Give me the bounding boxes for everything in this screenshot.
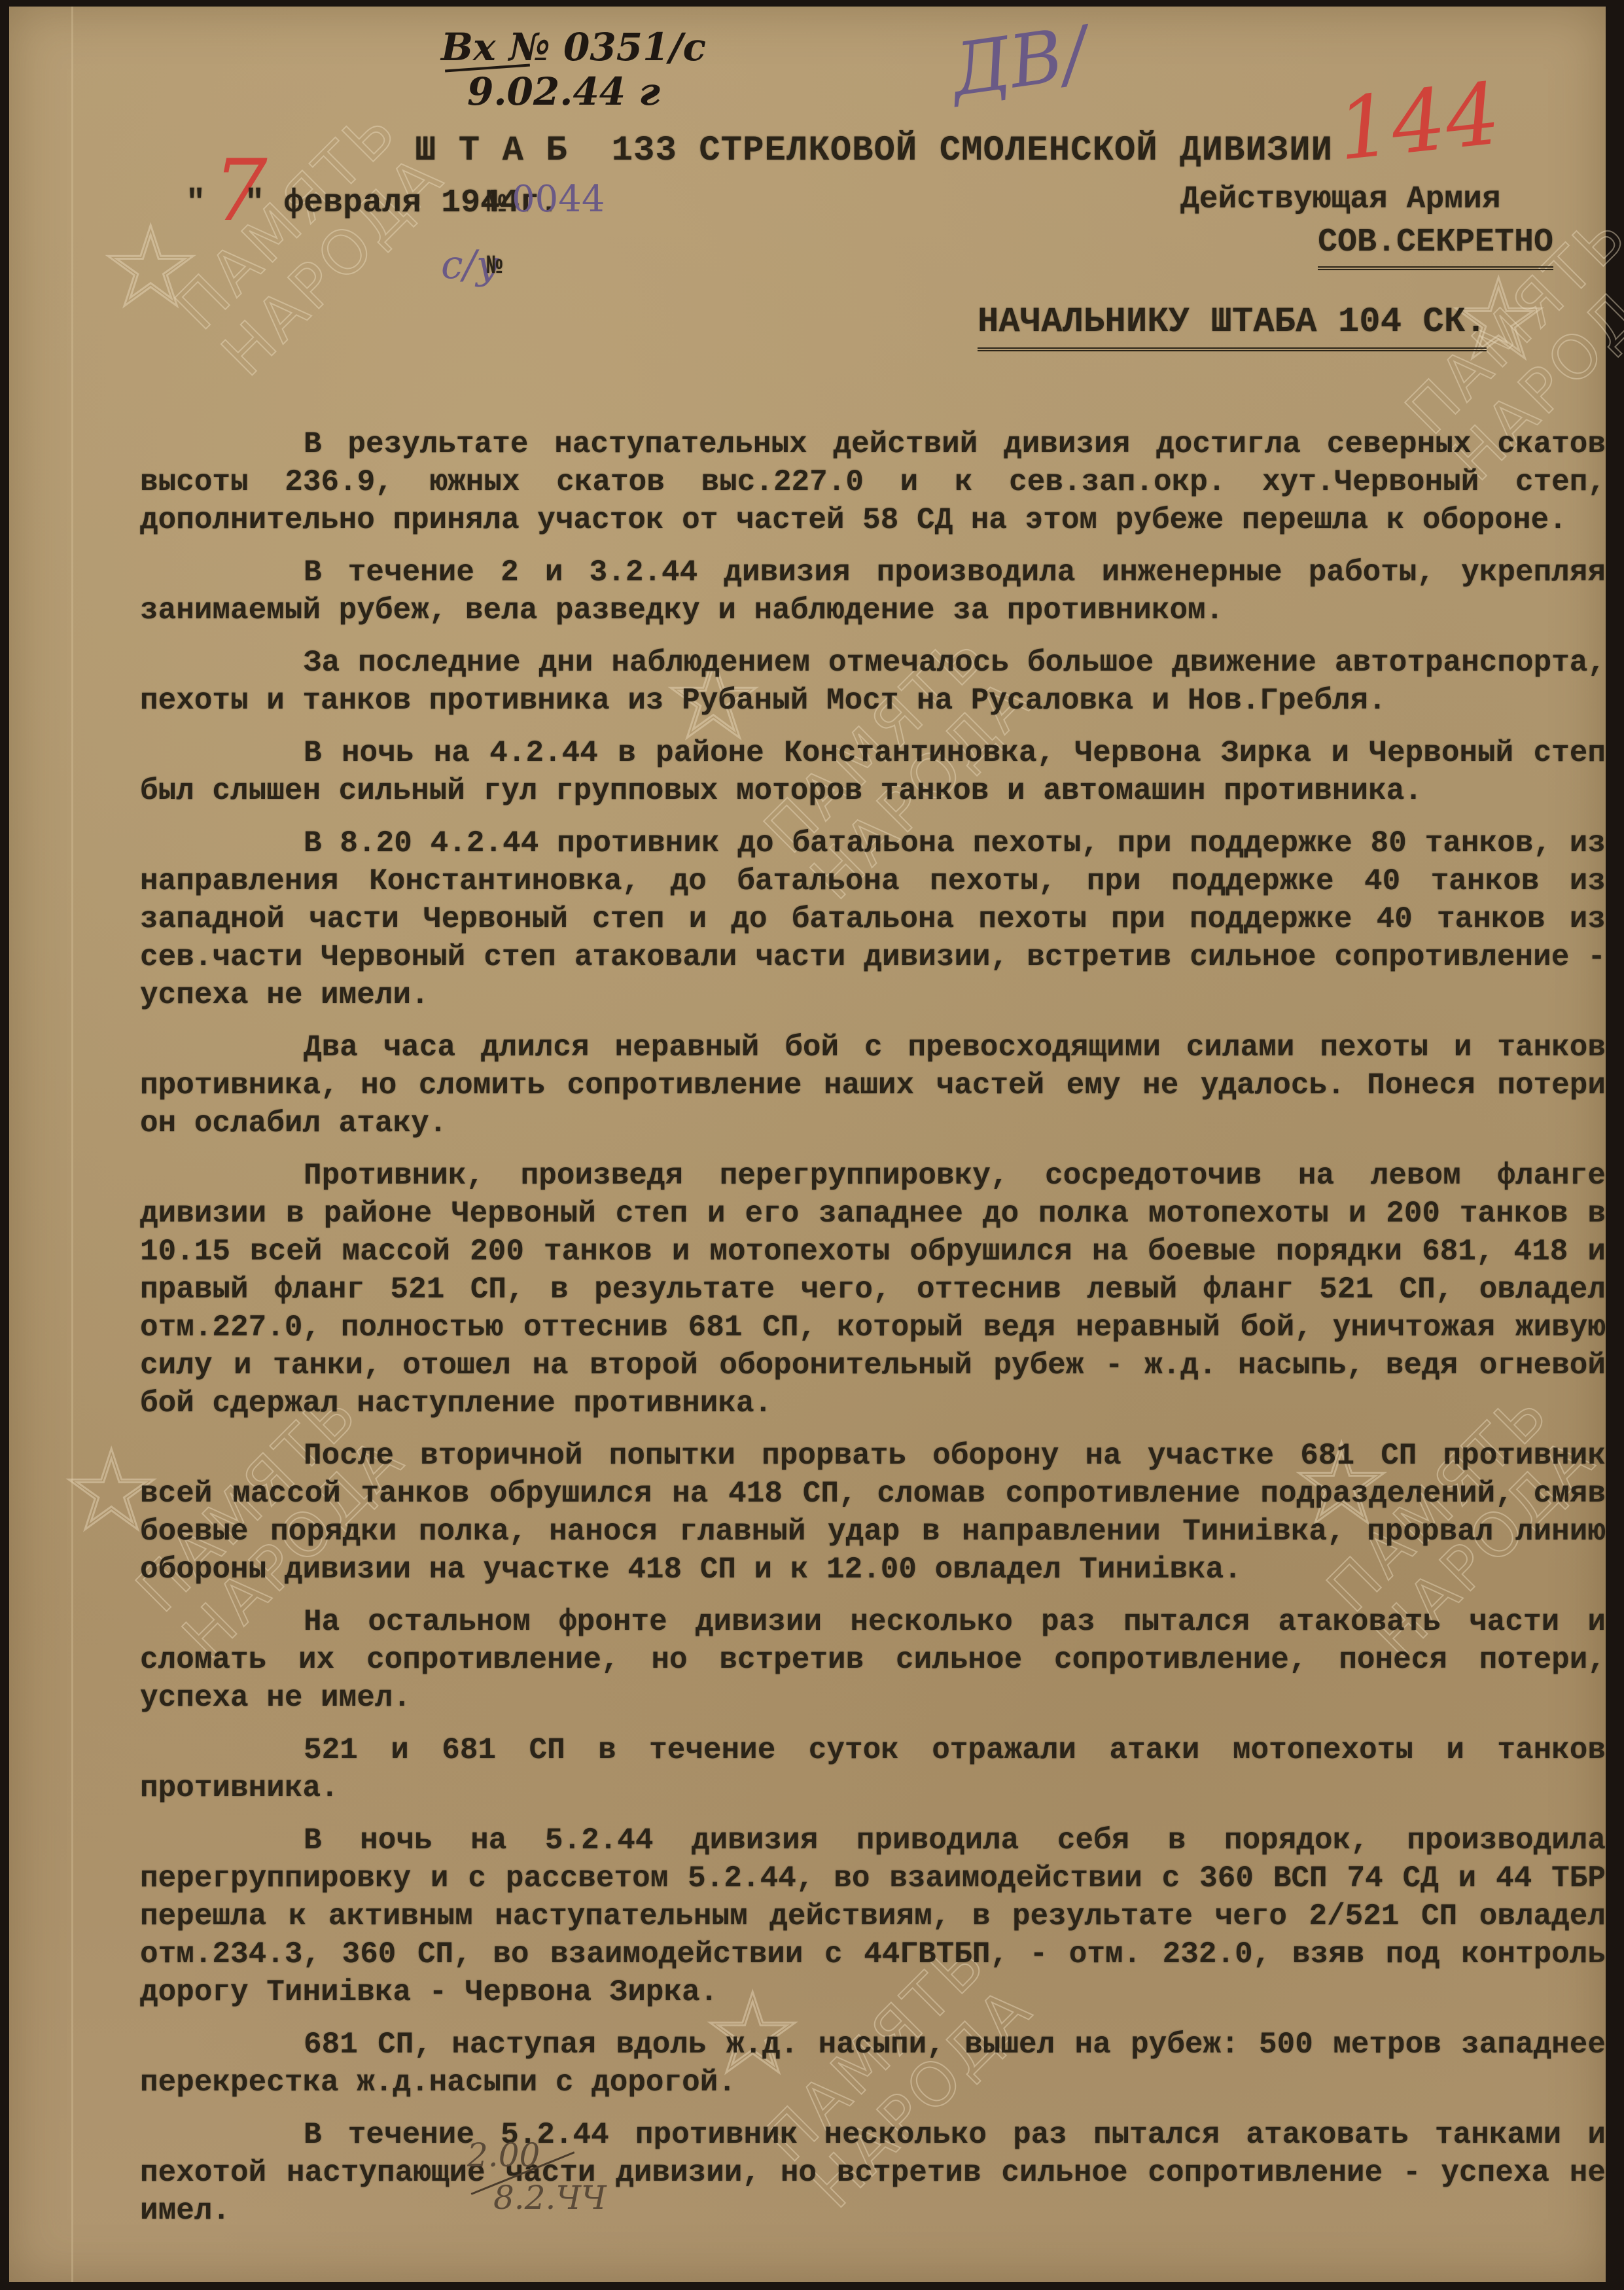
paragraph: На остальном фронте дивизии несколько ра… — [140, 1603, 1606, 1717]
paragraph: В результате наступательных действий див… — [140, 425, 1606, 539]
army-label: Действующая Армия — [1180, 182, 1501, 217]
paragraph: После вторичной попытки прорвать оборону… — [140, 1437, 1606, 1589]
paragraph: В течение 2 и 3.2.44 дивизия производила… — [140, 554, 1606, 629]
star-icon: ☆ — [101, 203, 200, 332]
org-title: Ш Т А Б 133 СТРЕЛКОВОЙ СМОЛЕНСКОЙ ДИВИЗИ… — [415, 131, 1333, 171]
paragraph: Противник, произведя перегруппировку, со… — [140, 1157, 1606, 1422]
bottom-note-top: 2.00 — [467, 2136, 540, 2174]
report-body: В результате наступательных действий див… — [140, 425, 1606, 2244]
paragraph: За последние дни наблюдением отмечалось … — [140, 644, 1606, 720]
number-mark: № — [487, 252, 503, 281]
paragraph: 681 СП, наступая вдоль ж.д. насыпи, выше… — [140, 2026, 1606, 2102]
document-page: ☆ ПАМЯТЬ НАРОДА ☆ ПАМЯТЬ НАРОДА ☆ ПАМЯТЬ… — [9, 7, 1606, 2282]
red-sheet-number: 144 — [1333, 63, 1505, 179]
incoming-date: 9.02.44 г — [467, 69, 660, 114]
classification-stamp: СОВ.СЕКРЕТНО — [1318, 224, 1553, 270]
document-number: 0044 — [512, 178, 605, 220]
paragraph: В ночь на 4.2.44 в районе Константиновка… — [140, 734, 1606, 810]
paragraph: В течение 5.2.44 противник несколько раз… — [140, 2116, 1606, 2230]
addressee: НАЧАЛЬНИКУ ШТАБА 104 СК. — [978, 302, 1487, 351]
paper-fold-line — [71, 7, 73, 2282]
paragraph: В 8.20 4.2.44 противник до батальона пех… — [140, 824, 1606, 1014]
bottom-note-bottom: 8.2.ЧЧ — [493, 2179, 607, 2217]
paragraph: Два часа длился неравный бой с превосход… — [140, 1029, 1606, 1142]
incoming-number: Вх № 0351/с — [441, 25, 706, 69]
number-label: № — [487, 185, 506, 222]
paragraph: 521 и 681 СП в течение суток отражали ат… — [140, 1731, 1606, 1807]
violet-initials: ДВ/ — [946, 10, 1092, 113]
paragraph: В ночь на 5.2.44 дивизия приводила себя … — [140, 1822, 1606, 2011]
